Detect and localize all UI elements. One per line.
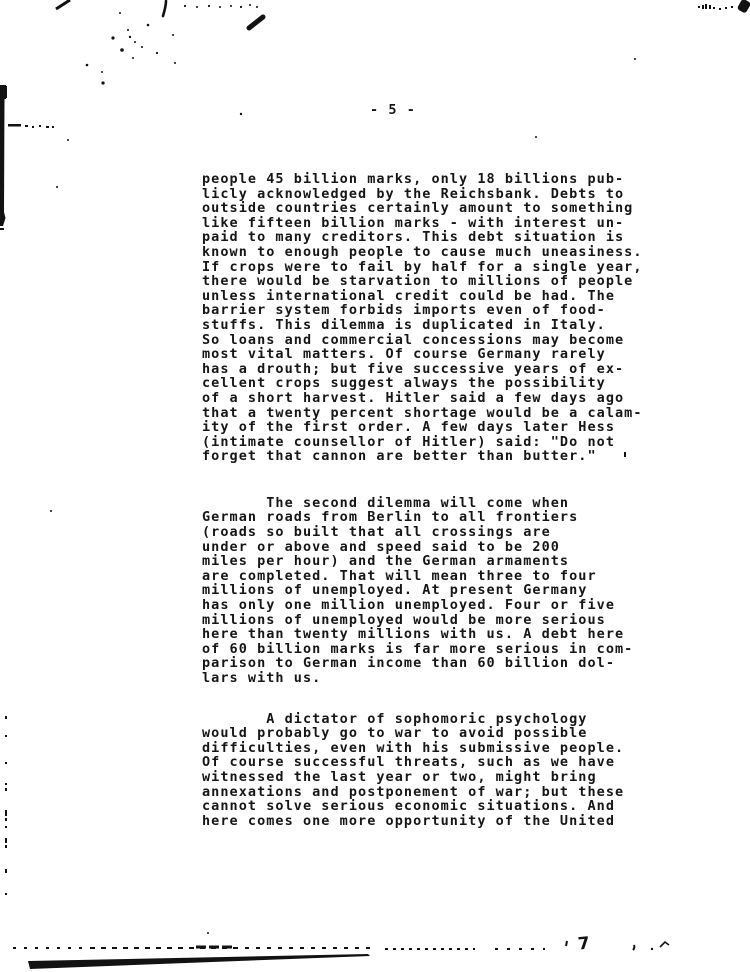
paragraph-2: The second dilemma will come when German… [202,496,672,686]
pen-slash-blob [249,17,263,28]
footer-dashed-line [13,947,545,949]
left-edge-scan-bar [0,85,7,226]
speckle-trail [86,12,176,85]
page-number-header: - 5 - [370,102,416,118]
document-body: people 45 billion marks, only 18 billion… [202,172,672,828]
scanned-document-page: - 5 - people 45 billion marks, only 18 b… [0,0,750,972]
left-margin-dotted-trail [5,716,7,895]
pen-stroke-vertical [163,1,166,16]
dotted-row-top [184,4,258,8]
paragraph-3: A dictator of sophomoric psychology woul… [202,712,672,829]
pen-slash-top-left [56,0,70,9]
corner-marks-top-right [698,0,750,14]
bottom-scan-streak [28,954,370,969]
left-margin-dashes [8,124,54,128]
paragraph-1: people 45 billion marks, only 18 billion… [202,172,672,464]
handwritten-page-number: 7 [577,933,591,954]
